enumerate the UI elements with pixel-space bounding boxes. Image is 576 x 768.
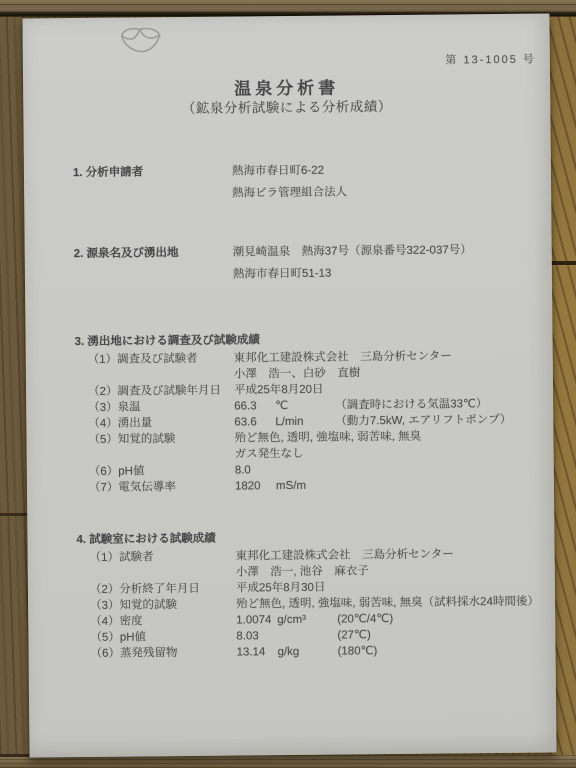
value-line: 潮見崎温泉 熱海37号（源泉番号322-037号） [233, 239, 472, 263]
item-note: (20℃/4℃) [337, 611, 393, 628]
document-number: 第 13-1005 号 [445, 51, 536, 68]
item-note: （動力7.5kW, エアリフトポンプ） [335, 412, 511, 430]
item-label: （5）知覚的試験 [88, 431, 234, 448]
item-label: （5）pH値 [90, 629, 236, 646]
section-row: 2. 源泉名及び湧出地潮見崎温泉 熱海37号（源泉番号322-037号）熱海市春… [74, 239, 542, 287]
item-label: （4）湧出量 [88, 415, 234, 432]
item-label-empty [88, 367, 234, 384]
item-value: 13.14 [236, 644, 277, 660]
value-line: 熱海ビラ管理組合法人 [232, 181, 347, 204]
item-note: （調査時における気温33℃） [335, 396, 487, 413]
item-label: （3）知覚的試験 [90, 597, 236, 614]
item-label-empty [89, 447, 235, 464]
item-row: （6）蒸発残留物13.14g/kg(180℃) [77, 642, 545, 662]
item-value: 8.03 [236, 628, 277, 644]
item-note: (27℃) [337, 627, 371, 643]
item-label: （7）電気伝導率 [89, 479, 235, 496]
item-row: （7）電気伝導率1820mS/m [76, 476, 544, 496]
table-seam-bottom-left [0, 754, 30, 757]
value-line: 熱海市春日町6-22 [232, 159, 347, 182]
item-unit: L/min [275, 414, 335, 431]
item-unit: g/cm³ [277, 612, 337, 629]
item-label: （6）pH値 [89, 463, 235, 480]
item-label: （4）密度 [90, 613, 236, 630]
item-value: 1820 [235, 478, 276, 494]
table-seam-left [0, 513, 30, 516]
item-unit: mS/m [276, 478, 336, 495]
document-paper: 第 13-1005 号 温泉分析書 （鉱泉分析試験による分析成績） 1. 分析申… [22, 13, 556, 757]
section-heading: 4. 試験室における試験成績 [76, 528, 544, 548]
item-unit: ℃ [275, 398, 335, 415]
ink-scribble-stamp-icon [117, 25, 165, 57]
item-value: 66.3 [234, 398, 275, 414]
item-label: （2）分析終了年月日 [90, 581, 236, 598]
section-heading: 1. 分析申請者 [73, 161, 232, 207]
section-heading: 3. 湧出地における調査及び試験成績 [74, 330, 542, 350]
item-value: 63.6 [234, 414, 275, 430]
item-label: （2）調査及び試験年月日 [88, 383, 234, 400]
section-3: 3. 湧出地における調査及び試験成績（1）調査及び試験者東邦化工建設株式会社 三… [74, 330, 544, 496]
section-4: 4. 試験室における試験成績（1）試験者東邦化工建設株式会社 三島分析センター小… [76, 528, 545, 662]
section-2: 2. 源泉名及び湧出地潮見崎温泉 熱海37号（源泉番号322-037号）熱海市春… [74, 239, 542, 287]
item-value: 殆ど無色, 透明, 強塩味, 弱苦味, 無臭（試料採水24時間後） [236, 594, 545, 613]
item-note: (180℃) [337, 643, 377, 659]
item-label: （1）調査及び試験者 [88, 351, 234, 368]
section-heading: 2. 源泉名及び湧出地 [74, 242, 233, 288]
section-row: 1. 分析申請者熱海市春日町6-22熱海ビラ管理組合法人 [73, 158, 541, 206]
value-line: 熱海市春日町51-13 [233, 261, 472, 285]
section-1: 1. 分析申請者熱海市春日町6-22熱海ビラ管理組合法人 [73, 158, 541, 206]
item-label: （1）試験者 [90, 549, 236, 566]
item-unit: g/kg [277, 644, 337, 661]
item-value: 8.0 [235, 460, 544, 479]
item-label: （3）泉温 [88, 399, 234, 416]
item-value: 平成25年8月20日 [234, 380, 543, 399]
item-unit [277, 628, 337, 645]
section-values: 熱海市春日町6-22熱海ビラ管理組合法人 [232, 159, 347, 204]
section-values: 潮見崎温泉 熱海37号（源泉番号322-037号）熱海市春日町51-13 [233, 239, 472, 285]
item-value: 1.0074 [236, 612, 277, 628]
document-subtitle: （鉱泉分析試験による分析成績） [23, 93, 550, 118]
item-label: （6）蒸発残留物 [90, 645, 236, 662]
item-label-empty [90, 565, 236, 582]
